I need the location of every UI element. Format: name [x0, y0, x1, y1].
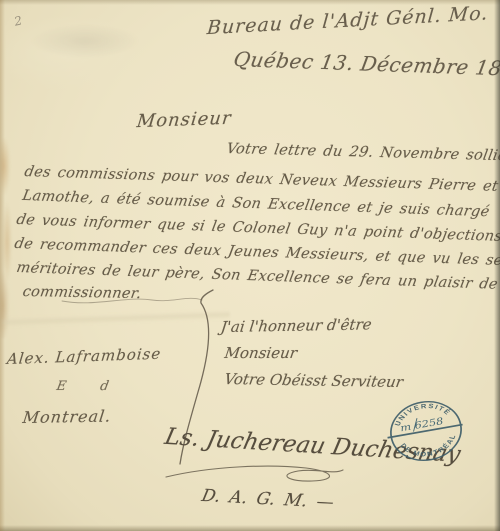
scan-edge-bottom	[0, 525, 500, 531]
scan-edge-left	[0, 0, 5, 531]
signature-title: D. A. G. M. —	[200, 486, 336, 513]
closing-line-2: Monsieur	[223, 344, 298, 362]
letter-page: 2 Bureau de l'Adjt Génl. Mo. Québec 13. …	[0, 0, 500, 531]
header-office-line: Bureau de l'Adjt Génl. Mo.	[206, 2, 489, 39]
pencil-mark: 2	[13, 13, 23, 28]
paper-stain	[6, 16, 146, 90]
closing-line-1: J'ai l'honneur d'être	[220, 315, 373, 336]
svg-text:DE MONTRÉAL: DE MONTRÉAL	[398, 432, 461, 463]
body-line-1: Votre lettre du 29. Novembre sollicitant	[225, 141, 500, 165]
header-dateline: Québec 13. Décembre 1837.	[232, 47, 500, 81]
body-line-7: commissionner.	[21, 284, 142, 302]
stamp-arc-bottom: DE MONTRÉAL	[398, 432, 461, 463]
library-stamp: UNIVERSITÉ DE MONTRÉAL m 6258	[381, 392, 471, 471]
signature-underline-flourish	[166, 466, 343, 481]
addressee-name: Alex. Laframboise	[6, 345, 162, 368]
paper-crease	[0, 310, 230, 327]
addressee-place: Montreal.	[22, 406, 113, 427]
pencil-smudge	[30, 24, 140, 58]
addressee-marks: E d	[55, 379, 110, 394]
scan-edge-top	[0, 0, 500, 5]
closing-line-3: Votre Obéisst Serviteur	[223, 370, 404, 391]
salutation: Monsieur	[136, 108, 233, 132]
